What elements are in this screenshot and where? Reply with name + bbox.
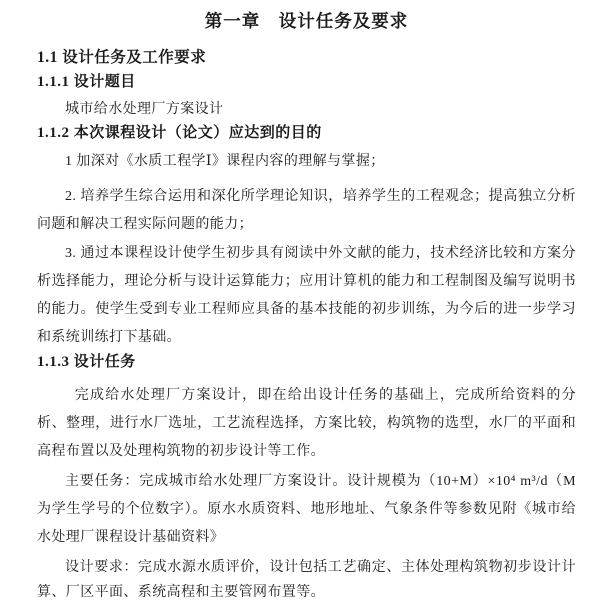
chapter-title: 第一章 设计任务及要求 — [37, 8, 576, 34]
objective-item-3: 3. 通过本课程设计使学生初步具有阅读中外文献的能力，技术经济比较和方案分析选择… — [37, 240, 576, 352]
objective-item-1: 1 加深对《水质工程学Ⅰ》课程内容的理解与掌握； — [37, 148, 576, 176]
section-heading-1-1-1: 1.1.1 设计题目 — [37, 72, 576, 93]
objective-item-2: 2. 培养学生综合运用和深化所学理论知识，培养学生的工程观念；提高独立分析问题和… — [37, 183, 576, 239]
document-page: { "page": { "chapter_title": "第一章 设计任务及要… — [0, 0, 610, 606]
section-heading-1-1-3: 1.1.3 设计任务 — [37, 352, 576, 373]
main-task-paragraph: 主要任务：完成城市给水处理厂方案设计。设计规模为（10+M）×10⁴ m³/d（… — [37, 468, 576, 552]
design-requirements-paragraph: 设计要求：完成水源水质评价，设计包括工艺确定、主体处理构筑物初步设计计算、厂区平… — [37, 555, 576, 605]
section-heading-1-1: 1.1 设计任务及工作要求 — [37, 47, 576, 68]
design-topic-text: 城市给水处理厂方案设计 — [37, 97, 576, 122]
design-task-paragraph: 完成给水处理厂方案设计，即在给出设计任务的基础上，完成所给资料的分析、整理，进行… — [37, 382, 576, 466]
page-container: 第一章 设计任务及要求 1.1 设计任务及工作要求 1.1.1 设计题目 城市给… — [0, 0, 610, 606]
section-heading-1-1-2: 1.1.2 本次课程设计（论文）应达到的目的 — [37, 123, 576, 144]
